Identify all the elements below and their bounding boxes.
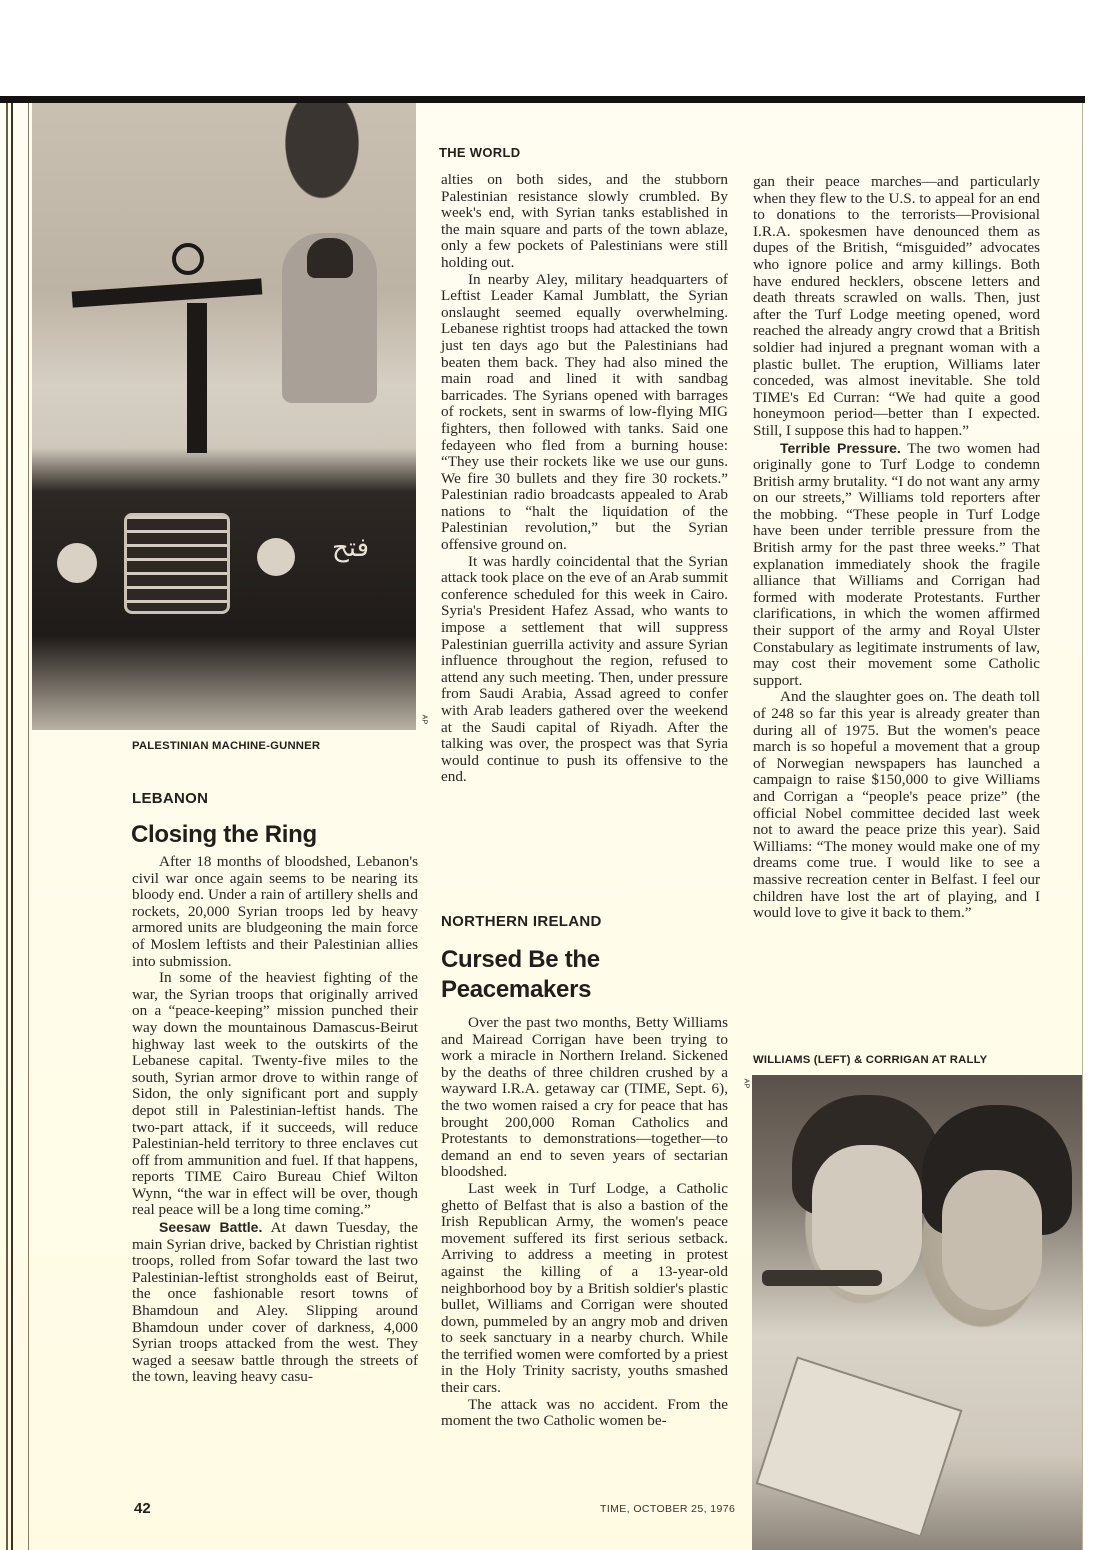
- subhead-seesaw-battle: Seesaw Battle.: [159, 1219, 262, 1235]
- page-edge: [1082, 103, 1083, 1550]
- paragraph-text: At dawn Tuesday, the main Syrian drive, …: [132, 1219, 418, 1385]
- section-label-northern-ireland: NORTHERN IRELAND: [441, 913, 602, 930]
- gunner-head: [307, 238, 353, 278]
- article-column-lebanon: After 18 months of bloodshed, Lebanon's …: [132, 854, 418, 1386]
- headlamp-right: [257, 538, 295, 576]
- binding-edge: [6, 103, 8, 1550]
- photo-palestinian-machine-gunner: فتح: [32, 103, 416, 730]
- paragraph: And the slaughter goes on. The death tol…: [753, 689, 1040, 921]
- paragraph: alties on both sides, and the stubborn P…: [441, 172, 728, 272]
- photo-williams-corrigan-rally: [752, 1075, 1082, 1550]
- page-number: 42: [134, 1500, 151, 1517]
- subhead-terrible-pressure: Terrible Pressure.: [780, 440, 901, 456]
- photo-caption-gunner: PALESTINIAN MACHINE-GUNNER: [132, 740, 320, 752]
- vehicle-grille: [124, 513, 230, 614]
- paragraph: In some of the heaviest fighting of the …: [132, 970, 418, 1219]
- article-column-ireland: Over the past two months, Betty Williams…: [441, 1015, 728, 1430]
- paragraph: The attack was no accident. From the mom…: [441, 1397, 728, 1430]
- headline-cursed-be-the-peacemakers: Cursed Be the Peacemakers: [441, 945, 600, 1005]
- footer-dateline: TIME, OCTOBER 25, 1976: [600, 1503, 735, 1515]
- article-column-lebanon-continued: alties on both sides, and the stubborn P…: [441, 172, 728, 786]
- vehicle-arabic-script: فتح: [332, 533, 369, 563]
- headline-closing-the-ring: Closing the Ring: [131, 820, 317, 850]
- headline-line: Peacemakers: [441, 975, 600, 1005]
- section-label-lebanon: LEBANON: [132, 790, 208, 807]
- paragraph: gan their peace marches—and particularly…: [753, 174, 1040, 440]
- binding-edge: [28, 103, 29, 1550]
- article-column-ireland-continued: gan their peace marches—and particularly…: [753, 174, 1040, 922]
- photo-credit: AP: [420, 715, 427, 725]
- paragraph: Terrible Pressure. The two women had ori…: [753, 440, 1040, 690]
- paragraph-text: The two women had originally gone to Tur…: [753, 440, 1040, 689]
- paragraph: After 18 months of bloodshed, Lebanon's …: [132, 854, 418, 970]
- gun-sight: [172, 243, 204, 275]
- paragraph: Last week in Turf Lodge, a Catholic ghet…: [441, 1181, 728, 1397]
- paragraph: Seesaw Battle. At dawn Tuesday, the main…: [132, 1219, 418, 1386]
- paragraph: Over the past two months, Betty Williams…: [441, 1015, 728, 1181]
- paragraph: In nearby Aley, military headquarters of…: [441, 272, 728, 554]
- handwritten-notes: [756, 1356, 963, 1537]
- machine-gun: [72, 278, 263, 307]
- headline-line: Cursed Be the: [441, 945, 600, 975]
- microphone: [762, 1270, 882, 1286]
- gun-mount: [187, 303, 207, 453]
- photo-credit: AP: [742, 1079, 749, 1089]
- photo-caption-rally: WILLIAMS (LEFT) & CORRIGAN AT RALLY: [753, 1054, 987, 1066]
- binding-edge: [11, 103, 13, 1550]
- top-rule: [0, 96, 1085, 103]
- section-header-the-world: THE WORLD: [439, 145, 520, 160]
- headlamp-left: [57, 543, 97, 583]
- paragraph: It was hardly coincidental that the Syri…: [441, 554, 728, 786]
- woman-right-face: [942, 1170, 1042, 1310]
